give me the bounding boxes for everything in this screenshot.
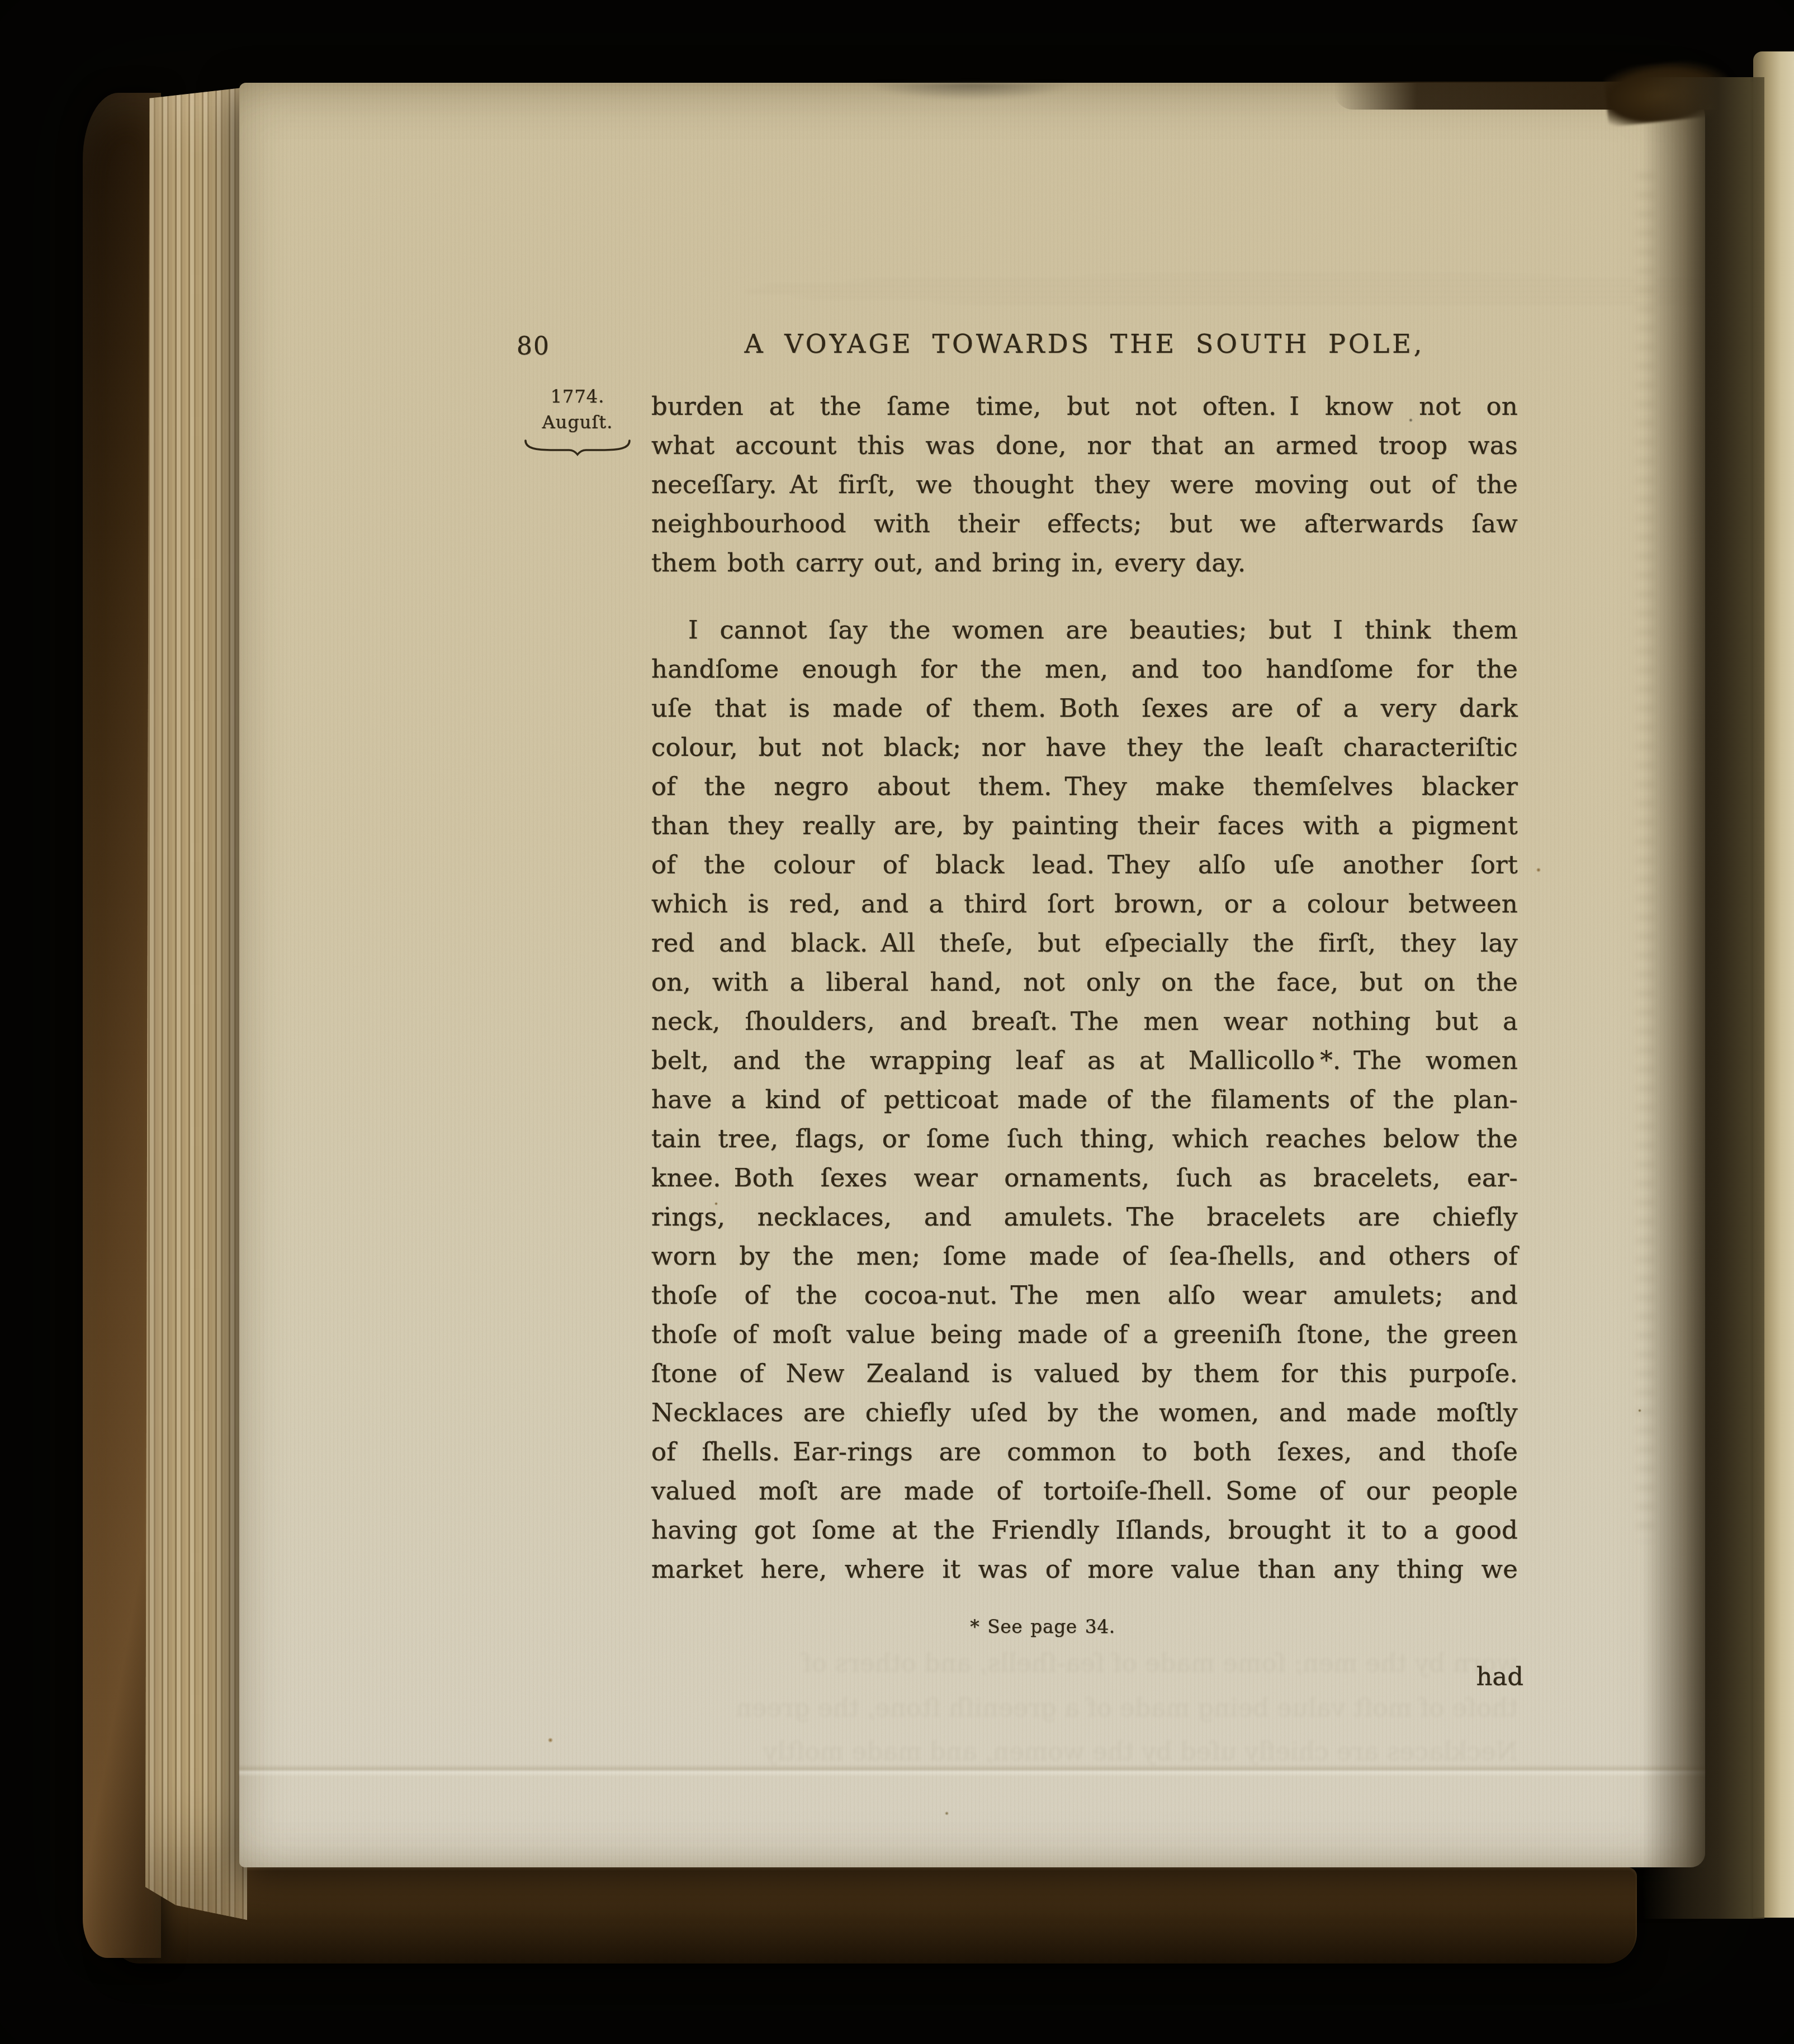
body-line: tain tree, flags, or ſome ſuch thing, wh… — [651, 1119, 1518, 1158]
paper-speck — [1536, 868, 1541, 872]
show-through-text: worn by the men; ſome made of ſea-ſhells… — [651, 1648, 1518, 1678]
body-line: uſe that is made of them. Both ſexes are… — [651, 689, 1518, 728]
body-line: on, with a liberal hand, not only on the… — [651, 963, 1518, 1002]
body-line: having got ſome at the Friendly Iſlands,… — [651, 1511, 1518, 1550]
paragraph: burden at the ſame time, but not often. … — [651, 387, 1518, 583]
body-line: than they really are, by painting their … — [651, 806, 1518, 845]
footnote: * See page 34. — [651, 1616, 1434, 1638]
paragraph: I cannot ſay the women are beauties; but… — [651, 611, 1518, 1589]
body-line: which is red, and a third ſort brown, or… — [651, 884, 1518, 924]
running-header: A VOYAGE TOWARDS THE SOUTH POLE, — [651, 329, 1518, 359]
body-line: market here, where it was of more value … — [651, 1550, 1518, 1589]
book-bottom-cover — [114, 1867, 1637, 1963]
body-line: thoſe of the cocoa-nut. The men alſo wea… — [651, 1276, 1518, 1315]
show-through-text: Necklaces are chiefly uſed by the women,… — [651, 1737, 1518, 1766]
show-through-text: thoſe of moſt value being made of a gree… — [651, 1693, 1518, 1723]
body-line: what account this was done, nor that an … — [651, 426, 1518, 465]
gutter-shadow — [1642, 77, 1764, 1919]
margin-note-brace — [523, 438, 632, 456]
body-line: neighbourhood with their effects; but we… — [651, 504, 1518, 543]
body-line: I cannot ſay the women are beauties; but… — [651, 611, 1518, 650]
body-line: knee. Both ſexes wear ornaments, ſuch as… — [651, 1158, 1518, 1198]
body-line: thoſe of moſt value being made of a gree… — [651, 1315, 1518, 1354]
body-line: neck, ſhoulders, and breaſt. The men wea… — [651, 1002, 1518, 1041]
body-line: ſtone of New Zealand is valued by them f… — [651, 1354, 1518, 1393]
body-line: have a kind of petticoat made of the fil… — [651, 1080, 1518, 1119]
body-line: neceſſary. At firſt, we thought they wer… — [651, 465, 1518, 504]
page-crease — [239, 1764, 1705, 1777]
body-line: valued moſt are made of tortoiſe-ſhell. … — [651, 1472, 1518, 1511]
body-line: belt, and the wrapping leaf as at Mallic… — [651, 1041, 1518, 1080]
book-scan-photo: 80 A VOYAGE TOWARDS THE SOUTH POLE, 1774… — [0, 0, 1794, 2044]
body-line: red and black. All theſe, but eſpecially… — [651, 924, 1518, 963]
page-edge-smudge — [870, 83, 1071, 100]
body-line: handſome enough for the men, and too han… — [651, 650, 1518, 689]
body-line: burden at the ſame time, but not often. … — [651, 387, 1518, 426]
body-line: colour, but not black; nor have they the… — [651, 728, 1518, 767]
margin-note-year: 1774. — [520, 384, 635, 409]
margin-note: 1774. Auguſt. — [520, 384, 635, 456]
paper-speck — [548, 1738, 553, 1743]
paper-speck — [945, 1811, 949, 1815]
body-text: burden at the ſame time, but not often. … — [651, 387, 1518, 1589]
book-page: 80 A VOYAGE TOWARDS THE SOUTH POLE, 1774… — [239, 83, 1705, 1867]
body-line: of ſhells. Ear-rings are common to both … — [651, 1432, 1518, 1472]
body-line: them both carry out, and bring in, every… — [651, 543, 1518, 583]
paper-speck — [1638, 1409, 1641, 1412]
margin-note-month: Auguſt. — [520, 409, 635, 435]
body-line: Necklaces are chiefly uſed by the women,… — [651, 1393, 1518, 1432]
body-line: rings, necklaces, and amulets. The brace… — [651, 1198, 1518, 1237]
body-line: of the negro about them. They make themſ… — [651, 767, 1518, 806]
page-fore-edge-stack — [145, 87, 247, 1920]
page-number: 80 — [517, 332, 550, 361]
body-line: of the colour of black lead. They alſo u… — [651, 845, 1518, 884]
body-line: worn by the men; ſome made of ſea-ſhells… — [651, 1237, 1518, 1276]
